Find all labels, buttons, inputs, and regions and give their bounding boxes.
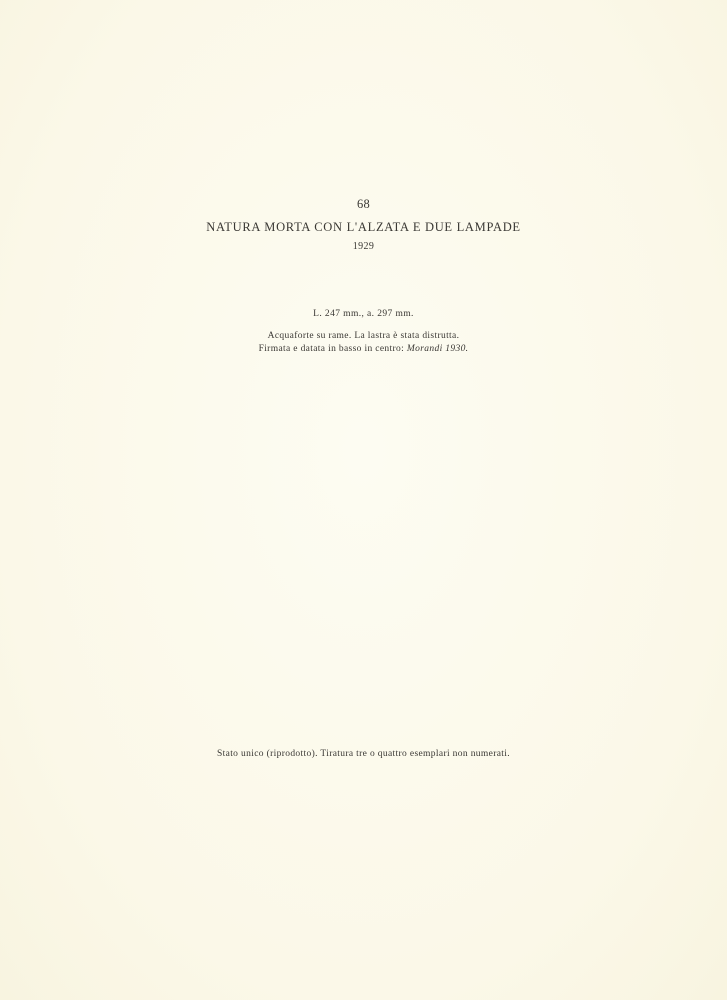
signature-inscription: Morandi 1930. — [407, 344, 469, 354]
signature-prefix: Firmata e datata in basso in centro: — [259, 344, 407, 354]
plate-dimensions: L. 247 mm., a. 297 mm. — [0, 309, 727, 319]
edition-note: Stato unico (riprodotto). Tiratura tre o… — [0, 749, 727, 759]
signature-note: Firmata e datata in basso in centro: Mor… — [0, 344, 727, 354]
artwork-title: NATURA MORTA CON L'ALZATA E DUE LAMPADE — [0, 220, 727, 235]
catalogue-page: 68 NATURA MORTA CON L'ALZATA E DUE LAMPA… — [0, 0, 727, 1000]
technique-note: Acquaforte su rame. La lastra è stata di… — [0, 331, 727, 341]
plate-number: 68 — [0, 197, 727, 212]
artwork-year: 1929 — [0, 241, 727, 252]
